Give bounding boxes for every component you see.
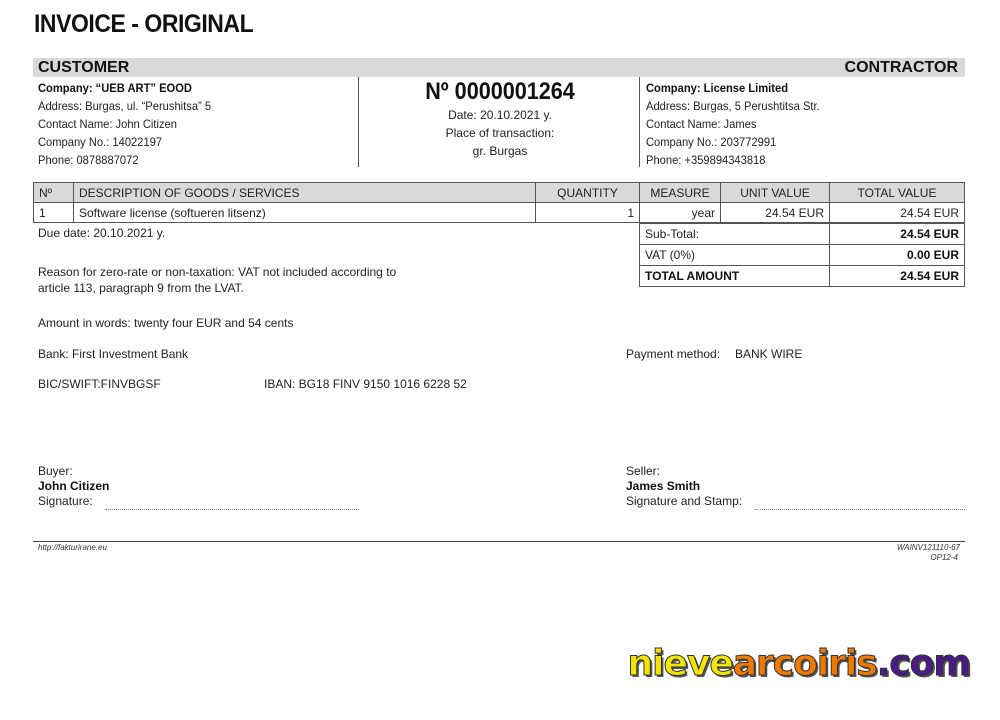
customer-phone: Phone: 0878887072: [38, 151, 211, 169]
invoice-meta: Nº 0000001264 Date: 20.10.2021 y. Place …: [360, 76, 640, 160]
due-date: Due date: 20.10.2021 y.: [38, 226, 165, 240]
reason-line-1: Reason for zero-rate or non-taxation: VA…: [38, 265, 396, 279]
reason-line-2: article 113, paragraph 9 from the LVAT.: [38, 281, 244, 295]
row-description: Software license (softueren litsenz): [74, 203, 536, 223]
bic-swift: BIC/SWIFT:FINVBGSF: [38, 377, 161, 391]
subtotal-label: Sub-Total:: [640, 224, 830, 245]
contractor-contact: Contact Name: James: [646, 115, 820, 133]
contractor-company-no: Company No.: 203772991: [646, 133, 820, 151]
payment-method-value: BANK WIRE: [735, 347, 802, 361]
vat-row: VAT (0%) 0.00 EUR: [640, 245, 965, 266]
subtotal-value: 24.54 EUR: [830, 224, 965, 245]
total-value: 24.54 EUR: [830, 266, 965, 287]
buyer-label: Buyer:: [38, 464, 73, 478]
col-total-value: TOTAL VALUE: [830, 183, 965, 203]
invoice-title: INVOICE - ORIGINAL: [34, 10, 253, 39]
seller-label: Seller:: [626, 464, 660, 478]
iban: IBAN: BG18 FINV 9150 1016 6228 52: [264, 377, 467, 391]
vat-label: VAT (0%): [640, 245, 830, 266]
place-value: gr. Burgas: [360, 142, 640, 160]
amount-in-words: Amount in words: twenty four EUR and 54 …: [38, 316, 293, 330]
footer-code-2: OP12-4: [930, 553, 958, 562]
footer-code-1: WAINV121110-67: [897, 543, 960, 552]
contractor-heading: CONTRACTOR: [845, 58, 958, 77]
row-unit-value: 24.54 EUR: [721, 203, 830, 223]
buyer-signature-line: [105, 509, 359, 510]
seller-name: James Smith: [626, 479, 700, 493]
row-no: 1: [34, 203, 74, 223]
place-label: Place of transaction:: [360, 124, 640, 142]
col-description: DESCRIPTION OF GOODS / SERVICES: [74, 183, 536, 203]
subtotal-row: Sub-Total: 24.54 EUR: [640, 224, 965, 245]
totals-table: Sub-Total: 24.54 EUR VAT (0%) 0.00 EUR T…: [639, 223, 965, 287]
divider-left: [358, 77, 359, 167]
seller-signature-label: Signature and Stamp:: [626, 494, 742, 508]
vat-value: 0.00 EUR: [830, 245, 965, 266]
contractor-block: Company: License Limited Address: Burgas…: [646, 79, 833, 169]
footer-divider: [33, 541, 965, 542]
items-table: Nº DESCRIPTION OF GOODS / SERVICES QUANT…: [33, 182, 965, 223]
seller-signature-line: [755, 509, 965, 510]
invoice-date: Date: 20.10.2021 y.: [360, 106, 640, 124]
total-row: TOTAL AMOUNT 24.54 EUR: [640, 266, 965, 287]
row-measure: year: [640, 203, 721, 223]
contractor-company: Company: License Limited: [646, 79, 820, 97]
customer-block: Company: “UEB ART” EOOD Address: Burgas,…: [38, 79, 224, 169]
bank-name: Bank: First Investment Bank: [38, 347, 188, 361]
footer-url[interactable]: http://fakturirane.eu: [38, 543, 107, 552]
invoice-number: Nº 0000001264: [374, 78, 626, 106]
watermark-part-1: nieve: [627, 643, 732, 684]
customer-company: Company: “UEB ART” EOOD: [38, 79, 211, 97]
table-row: 1 Software license (softueren litsenz) 1…: [34, 203, 965, 223]
total-label: TOTAL AMOUNT: [640, 266, 830, 287]
watermark-logo: nievearcoiris.com: [627, 643, 970, 684]
customer-contact: Contact Name: John Citizen: [38, 115, 211, 133]
row-quantity: 1: [536, 203, 640, 223]
col-quantity: QUANTITY: [536, 183, 640, 203]
contractor-phone: Phone: +359894343818: [646, 151, 820, 169]
watermark-part-2: arcoiris: [733, 643, 877, 684]
col-no: Nº: [34, 183, 74, 203]
buyer-signature-label: Signature:: [38, 494, 93, 508]
col-measure: MEASURE: [640, 183, 721, 203]
customer-company-no: Company No.: 14022197: [38, 133, 211, 151]
party-header-band: [33, 58, 965, 77]
payment-method-label: Payment method:: [626, 347, 720, 361]
customer-address: Address: Burgas, ul. “Perushitsa” 5: [38, 97, 211, 115]
buyer-name: John Citizen: [38, 479, 109, 493]
watermark-part-3: .com: [877, 643, 970, 684]
col-unit-value: UNIT VALUE: [721, 183, 830, 203]
customer-heading: CUSTOMER: [38, 58, 129, 77]
row-total-value: 24.54 EUR: [830, 203, 965, 223]
items-header-row: Nº DESCRIPTION OF GOODS / SERVICES QUANT…: [34, 183, 965, 203]
contractor-address: Address: Burgas, 5 Perushtitsa Str.: [646, 97, 820, 115]
